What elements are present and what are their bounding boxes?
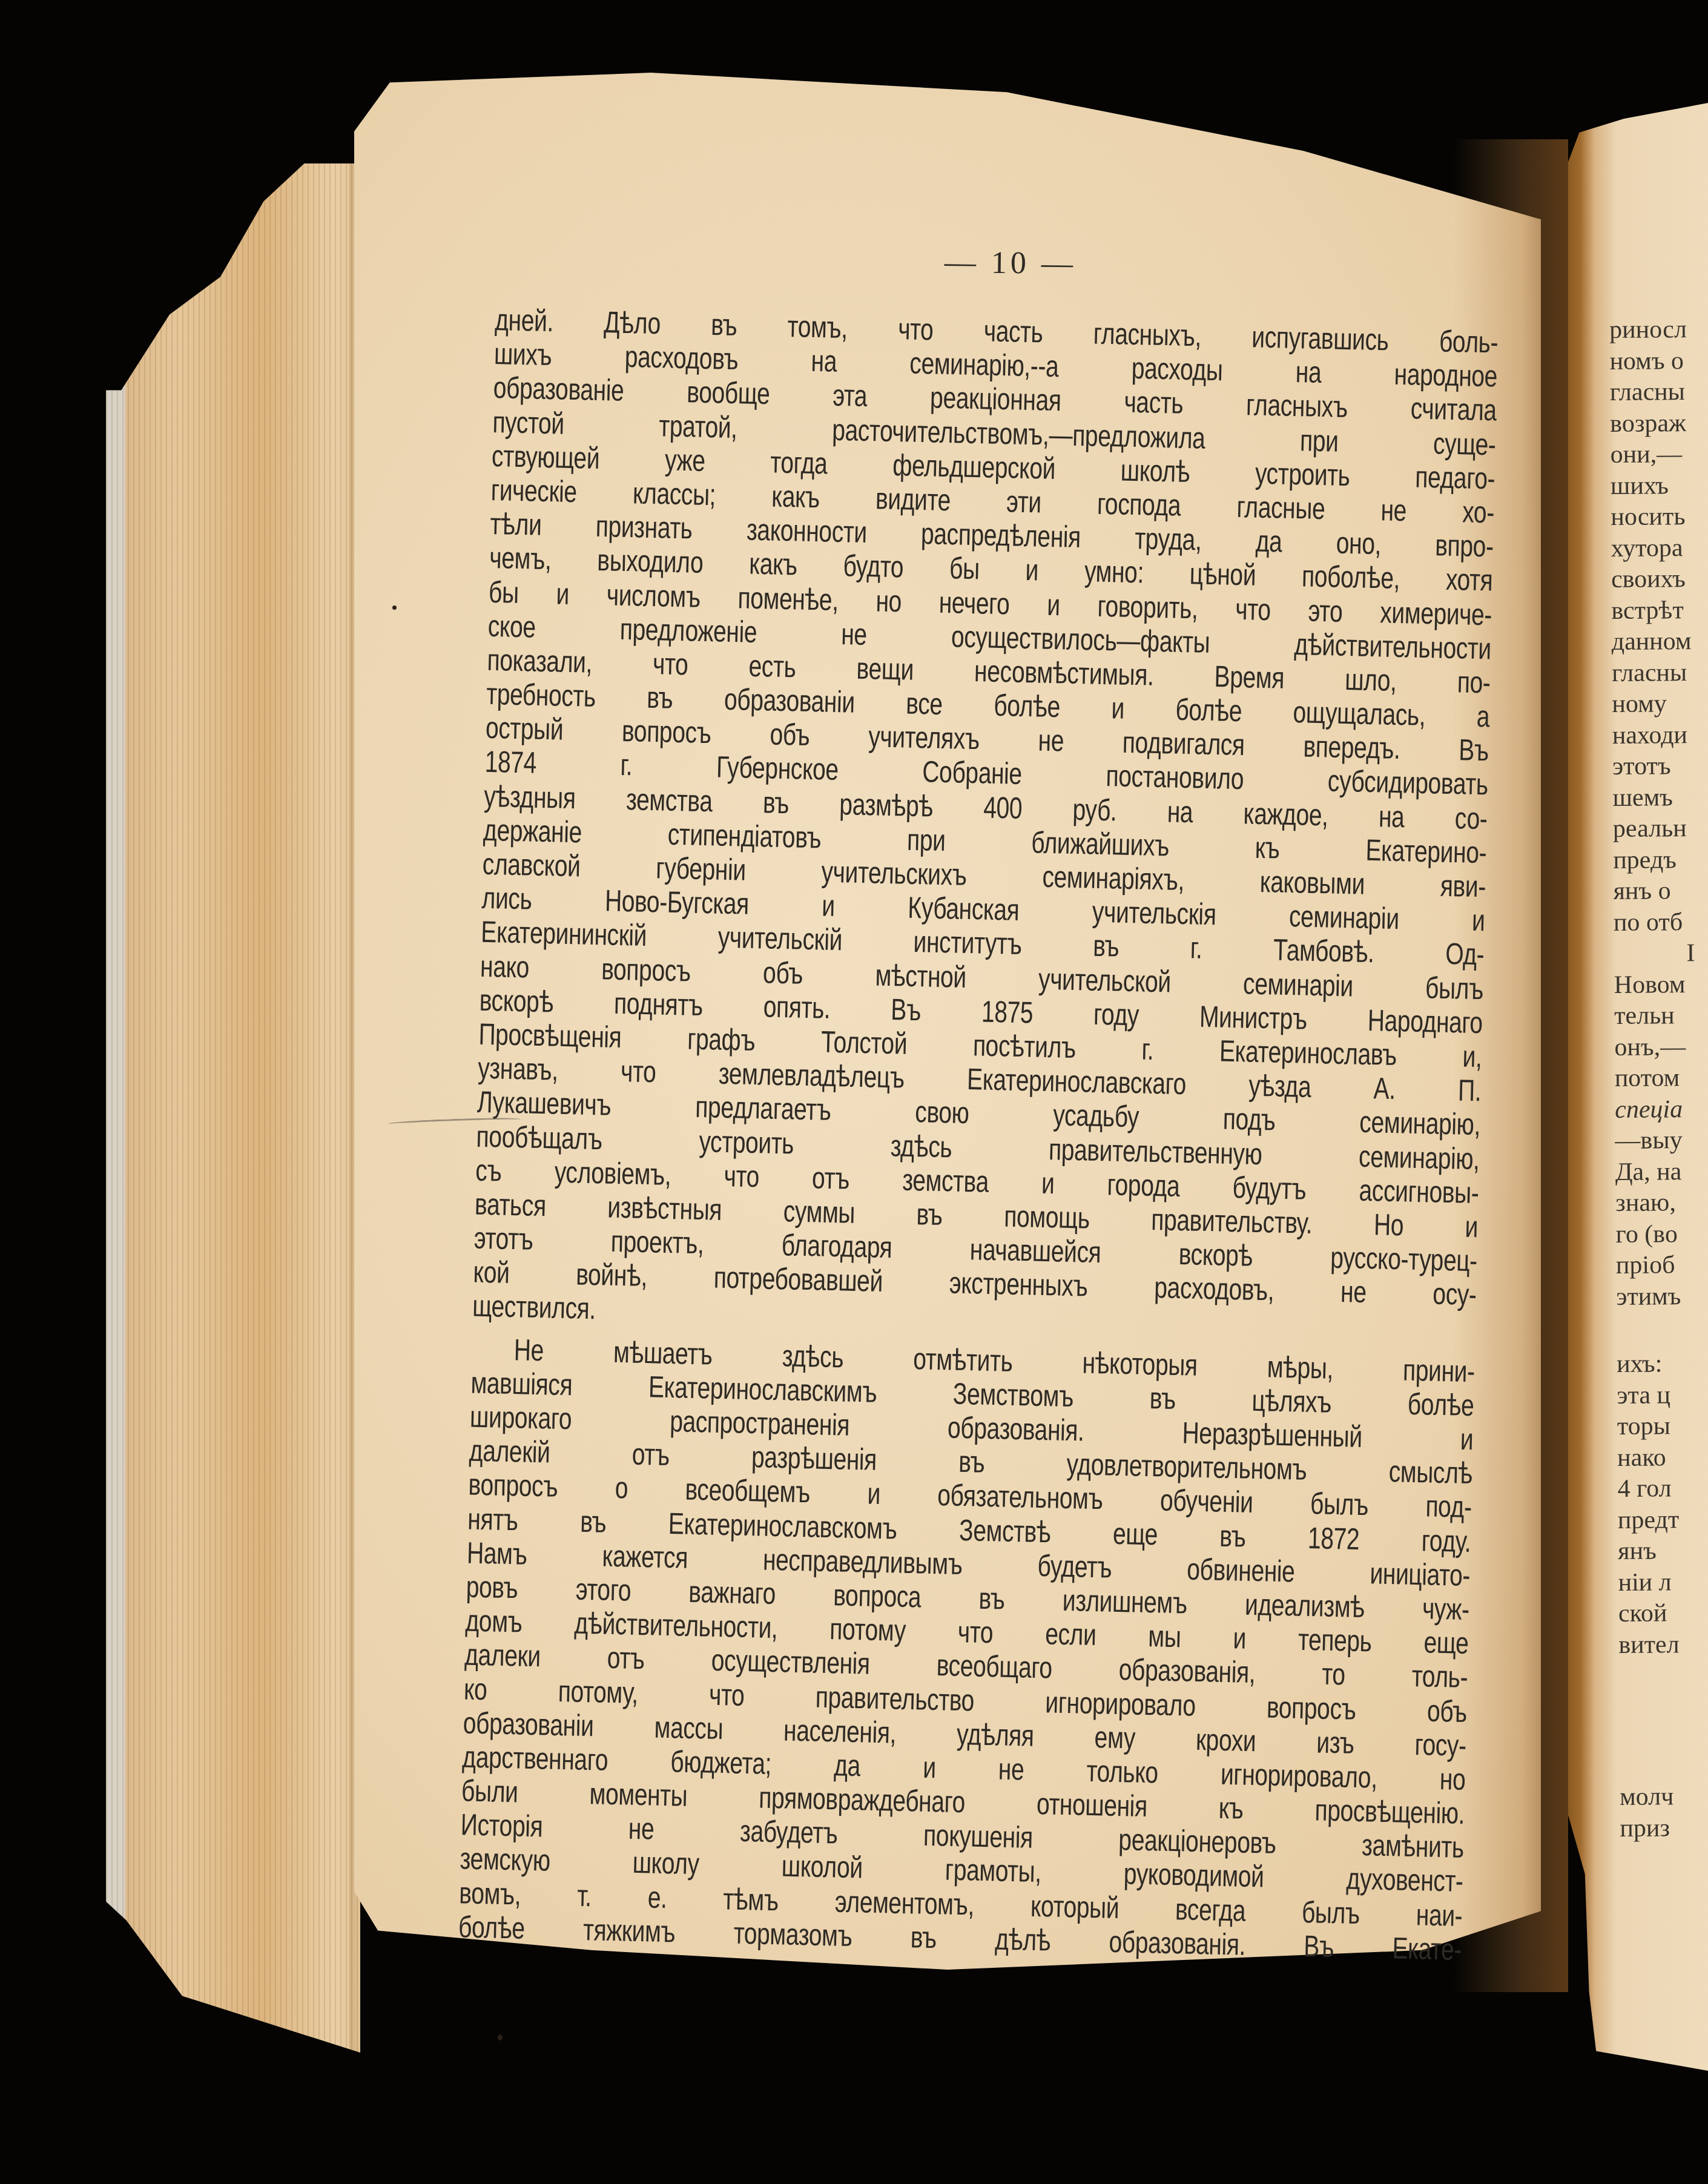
page-number: — 10 —: [945, 245, 1077, 282]
fragment-line: торы: [1617, 1411, 1698, 1442]
fragment-line: Да, на: [1615, 1156, 1696, 1188]
right-page-text-fragment: ринослномъ огласнывозражони,—шихъноситьх…: [1609, 314, 1701, 1844]
fragment-line: —выу: [1615, 1125, 1696, 1156]
fragment-line: шихъ: [1611, 470, 1692, 502]
fragment-line: спеціа: [1615, 1094, 1696, 1126]
paper-speck: [392, 605, 397, 610]
fragment-line: I: [1614, 938, 1695, 969]
fragment-line: встрѣт: [1611, 595, 1692, 627]
fragment-line: знаю,: [1615, 1187, 1696, 1219]
fragment-line: своихъ: [1611, 564, 1692, 595]
fragment-line: ному: [1612, 688, 1693, 720]
fragment-line: гласны: [1612, 658, 1693, 689]
fragment-line: находи: [1612, 720, 1693, 751]
fragment-line: этимъ: [1616, 1281, 1697, 1313]
fragment-line: Новом: [1614, 969, 1695, 1001]
fragment-line: приз: [1620, 1813, 1701, 1844]
fragment-line: шемъ: [1612, 782, 1693, 814]
fragment-line: потом: [1615, 1063, 1696, 1094]
fragment-line: номъ о: [1609, 346, 1690, 377]
fragment-line: гласны: [1610, 377, 1691, 408]
fragment-line: янъ о: [1613, 876, 1694, 907]
fragment-line: вител: [1618, 1629, 1700, 1661]
fragment-line: [1617, 1312, 1698, 1349]
fragment-line: янъ: [1618, 1536, 1699, 1567]
fragment-line: носить: [1611, 501, 1692, 533]
fragment-line: молч: [1620, 1781, 1701, 1813]
fragment-line: тельн: [1614, 1000, 1695, 1032]
fragment-line: хутора: [1611, 533, 1692, 564]
fragment-line: го (во: [1615, 1219, 1696, 1250]
fragment-line: они,—: [1610, 439, 1691, 470]
fragment-line: по отб: [1614, 907, 1695, 939]
fragment-line: предт: [1618, 1505, 1699, 1536]
book-photo: — 10 — дней. Дѣло въ томъ, что часть гла…: [0, 0, 1708, 2184]
fragment-line: эта ц: [1617, 1380, 1698, 1411]
fragment-line: пріоб: [1616, 1250, 1697, 1281]
fragment-line: ской: [1618, 1598, 1700, 1629]
fragment-line: ніи л: [1618, 1567, 1699, 1598]
fragment-line: ихъ:: [1617, 1348, 1698, 1380]
fragment-line: этотъ: [1612, 751, 1693, 782]
paper-speck: [498, 2034, 503, 2040]
fragment-line: риносл: [1609, 314, 1690, 346]
fragment-line: 4 гол: [1617, 1473, 1698, 1505]
page-stack-fore-edge: [106, 163, 360, 2053]
fragment-line: реальн: [1613, 813, 1694, 845]
fragment-line: онъ,—: [1614, 1032, 1695, 1063]
fragment-line: данном: [1612, 626, 1693, 658]
fragment-line: предъ: [1613, 845, 1694, 876]
body-text: дней. Дѣло въ томъ, что часть гласныхъ, …: [458, 303, 1500, 1967]
fragment-line: нако: [1617, 1442, 1698, 1474]
fragment-line: возраж: [1610, 408, 1691, 440]
